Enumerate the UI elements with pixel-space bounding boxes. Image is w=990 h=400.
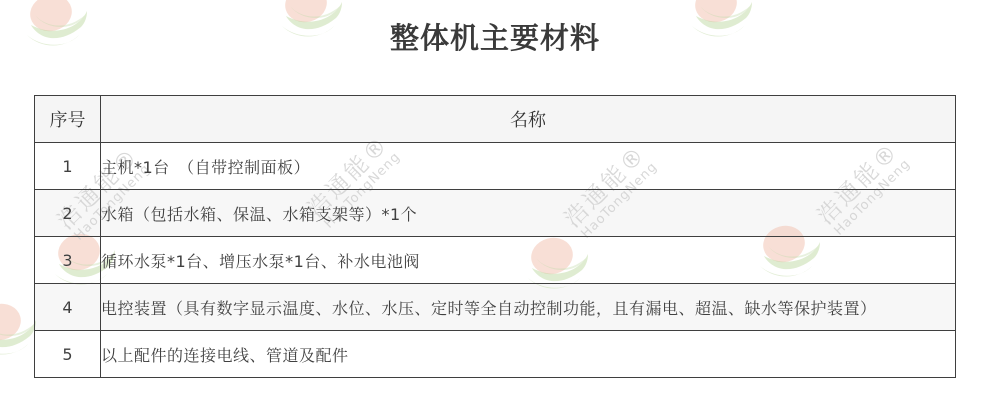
materials-table: 序号 名称 1 主机*1台 （自带控制面板） 2 水箱（包括水箱、保温、水箱支架… [34,95,956,378]
header-index: 序号 [35,96,101,143]
row-name: 电控装置（具有数字显示温度、水位、水压、定时等全自动控制功能，且有漏电、超温、缺… [101,284,956,331]
row-index: 1 [35,143,101,190]
table-header-row: 序号 名称 [35,96,956,143]
row-index: 5 [35,331,101,378]
header-name: 名称 [101,96,956,143]
row-name: 主机*1台 （自带控制面板） [101,143,956,190]
row-index: 2 [35,190,101,237]
table-row: 1 主机*1台 （自带控制面板） [35,143,956,190]
table-row: 2 水箱（包括水箱、保温、水箱支架等）*1个 [35,190,956,237]
row-index: 3 [35,237,101,284]
table-row: 5 以上配件的连接电线、管道及配件 [35,331,956,378]
row-name: 循环水泵*1台、增压水泵*1台、补水电池阀 [101,237,956,284]
table-row: 4 电控装置（具有数字显示温度、水位、水压、定时等全自动控制功能，且有漏电、超温… [35,284,956,331]
brand-logo-watermark [0,300,38,364]
table-row: 3 循环水泵*1台、增压水泵*1台、补水电池阀 [35,237,956,284]
row-index: 4 [35,284,101,331]
row-name: 水箱（包括水箱、保温、水箱支架等）*1个 [101,190,956,237]
page: 整体机主要材料 序号 名称 1 主机*1台 （自带控制面板） 2 水箱（包括水箱… [0,0,990,400]
row-name: 以上配件的连接电线、管道及配件 [101,331,956,378]
page-title: 整体机主要材料 [0,16,990,57]
